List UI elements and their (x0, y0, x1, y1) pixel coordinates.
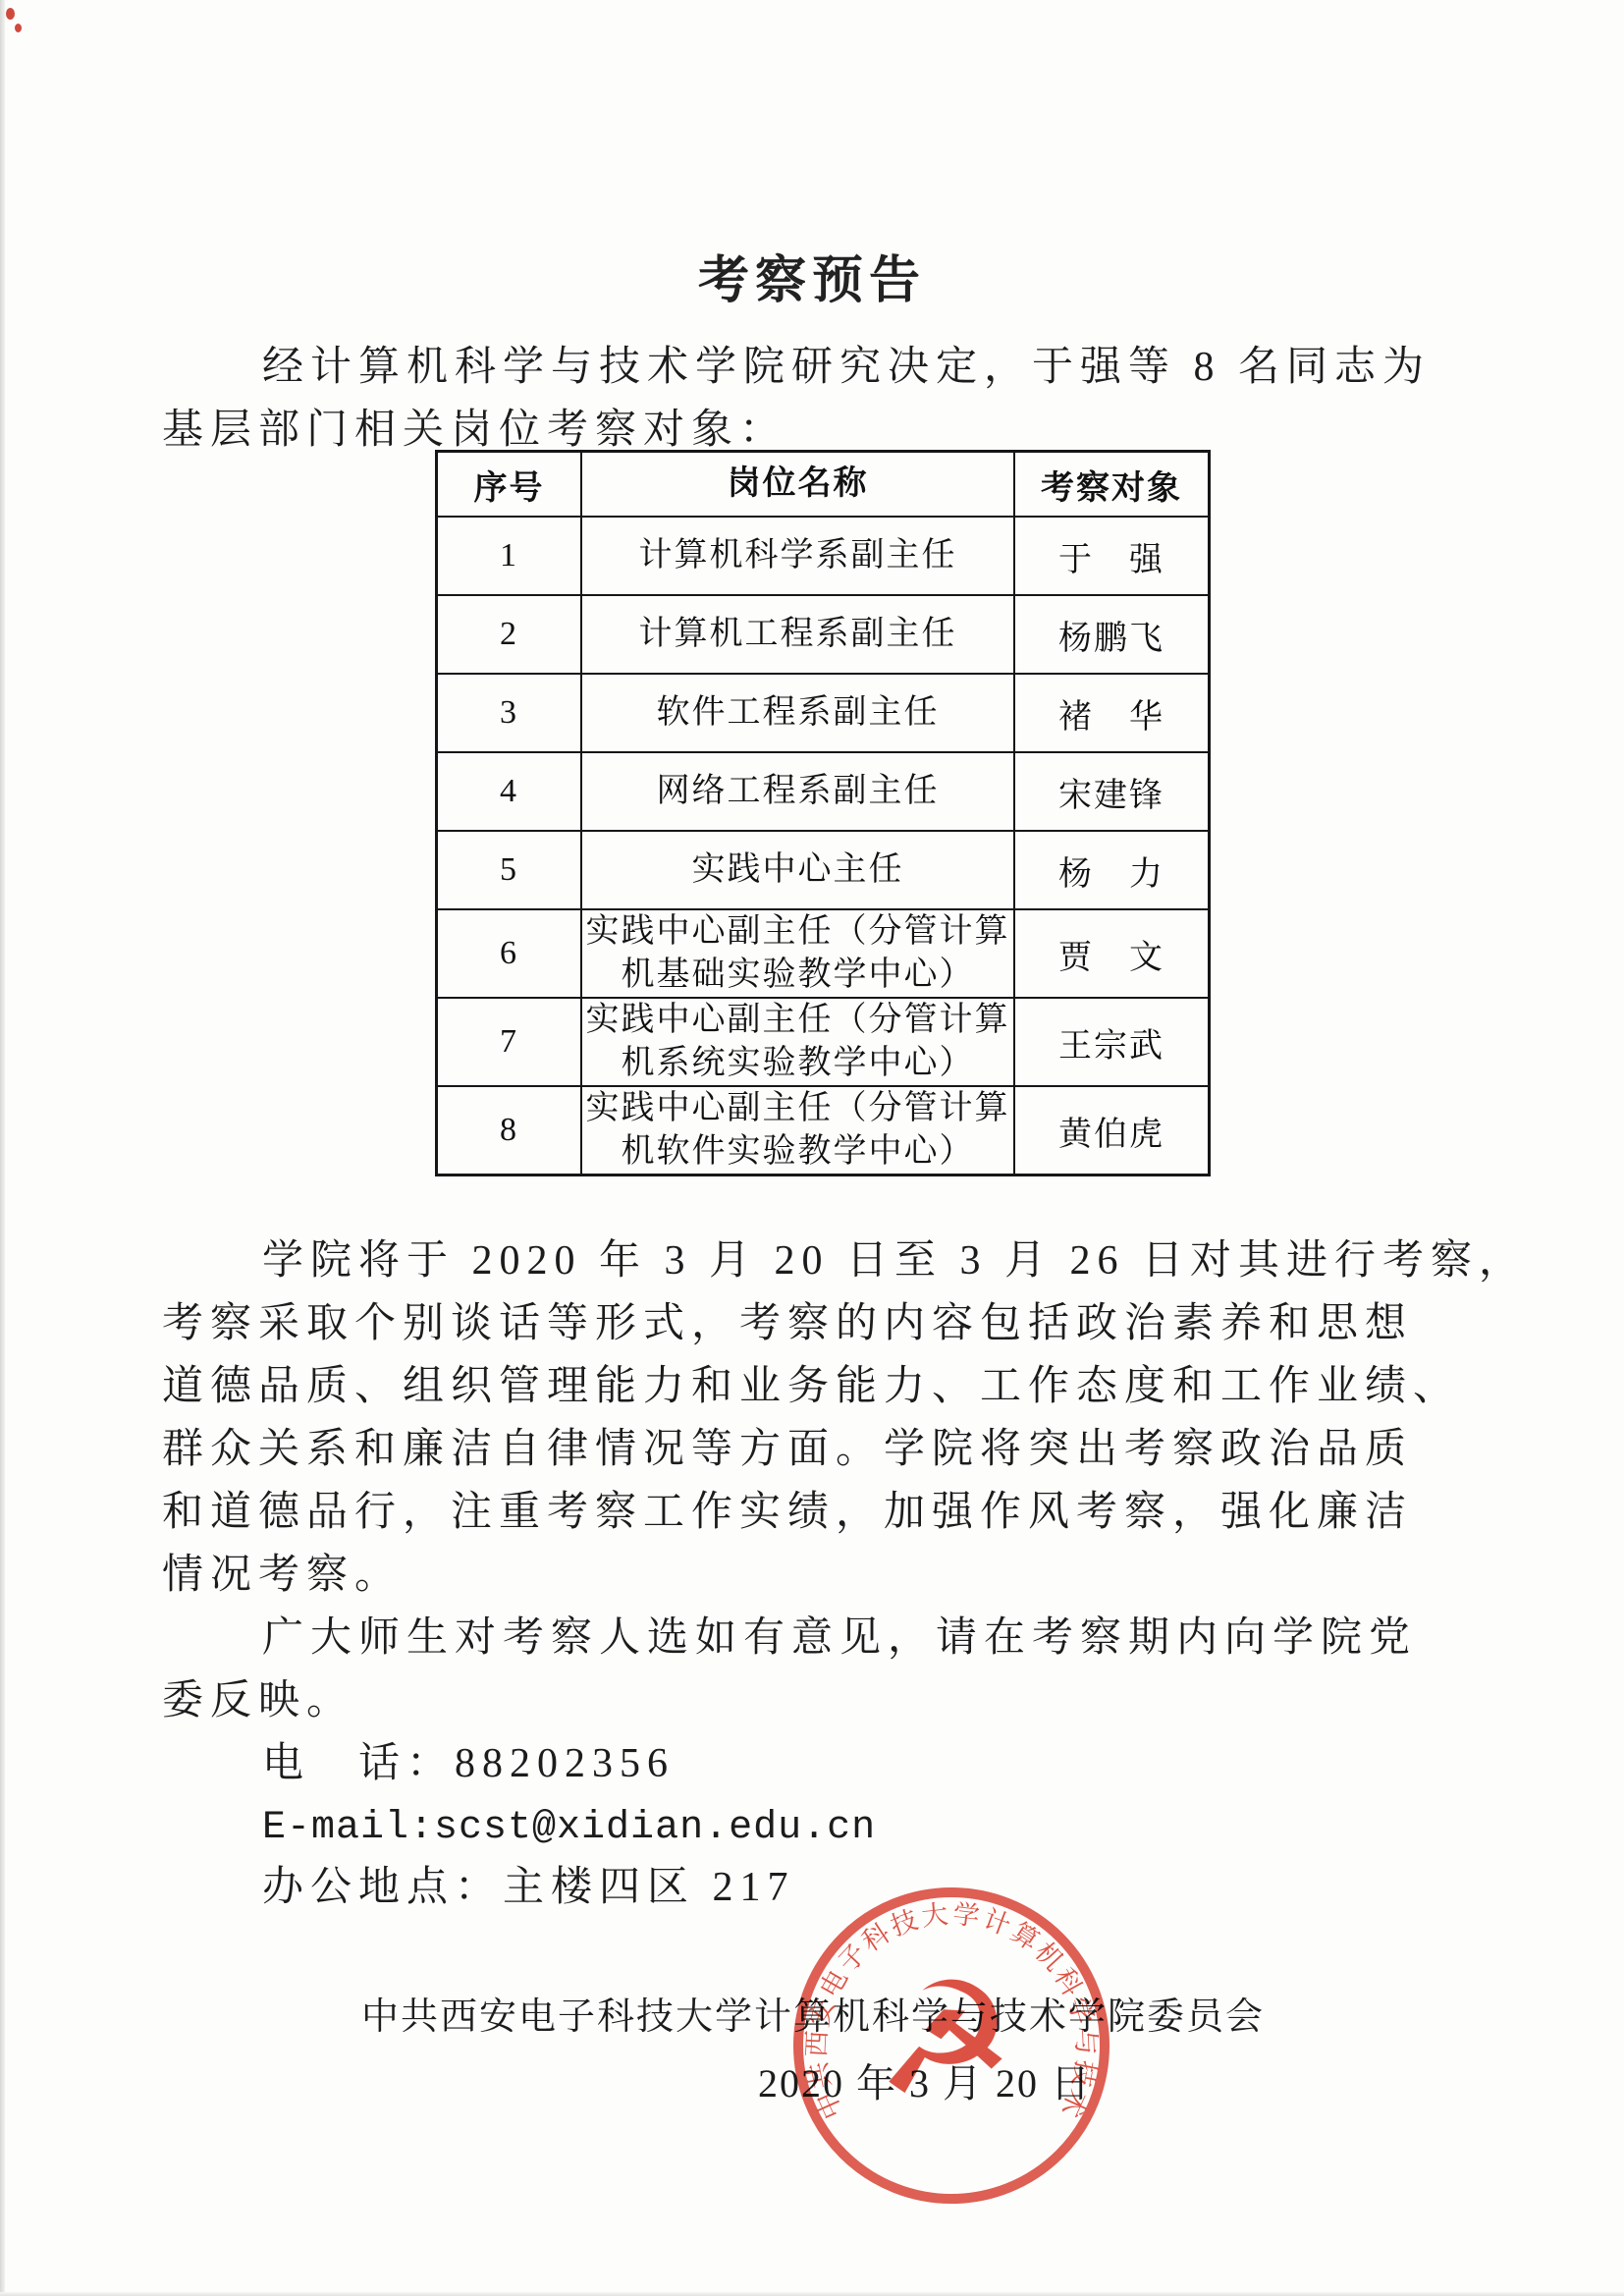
cell-candidate: 于 强 (1015, 518, 1208, 594)
table-header-row: 序号 岗位名称 考察对象 (438, 453, 1208, 516)
cell-no: 8 (438, 1087, 582, 1174)
cell-position: 实践中心副主任（分管计算 机基础实验教学中心） (582, 910, 1015, 997)
table-row: 1 计算机科学系副主任 于 强 (438, 516, 1208, 594)
cell-candidate: 宋建锋 (1015, 753, 1208, 830)
cell-candidate: 王宗武 (1015, 999, 1208, 1085)
body-line: 考察采取个别谈话等形式，考察的内容包括政治素养和思想 (162, 1295, 1478, 1352)
cell-no: 6 (438, 910, 582, 997)
cell-no: 4 (438, 753, 582, 830)
contact-email: E-mail:scst@xidian.edu.cn (162, 1800, 1478, 1857)
body-line: 委反映。 (162, 1672, 1478, 1729)
cell-no: 7 (438, 999, 582, 1085)
cell-position: 网络工程系副主任 (582, 753, 1015, 830)
cell-no: 1 (438, 518, 582, 594)
cell-candidate: 黄伯虎 (1015, 1087, 1208, 1174)
table-row: 7 实践中心副主任（分管计算 机系统实验教学中心） 王宗武 (438, 997, 1208, 1085)
scan-red-speck (15, 24, 22, 32)
cell-position: 计算机工程系副主任 (582, 596, 1015, 673)
cell-candidate: 杨 力 (1015, 832, 1208, 908)
cell-no: 5 (438, 832, 582, 908)
body-line: 学院将于 2020 年 3 月 20 日至 3 月 26 日对其进行考察， (162, 1232, 1478, 1289)
body-line: 道德品质、组织管理能力和业务能力、工作态度和工作业绩、 (162, 1358, 1478, 1415)
body-line: 情况考察。 (162, 1547, 1478, 1604)
header-cell-position: 岗位名称 (582, 453, 1015, 516)
seal-hammer-sickle-icon: ☭ (876, 1949, 1015, 2130)
cell-candidate: 褚 华 (1015, 675, 1208, 751)
table-row: 8 实践中心副主任（分管计算 机软件实验教学中心） 黄伯虎 (438, 1085, 1208, 1174)
cell-position: 实践中心主任 (582, 832, 1015, 908)
intro-line: 经计算机科学与技术学院研究决定，于强等 8 名同志为 (162, 339, 1478, 396)
inspection-table: 序号 岗位名称 考察对象 1 计算机科学系副主任 于 强 2 计算机工程系副主任… (435, 450, 1211, 1176)
cell-candidate: 杨鹏飞 (1015, 596, 1208, 673)
table-row: 5 实践中心主任 杨 力 (438, 830, 1208, 908)
scan-edge-left (0, 0, 5, 2296)
table-row: 4 网络工程系副主任 宋建锋 (438, 751, 1208, 830)
header-cell-candidate: 考察对象 (1015, 453, 1208, 516)
table-row: 6 实践中心副主任（分管计算 机基础实验教学中心） 贾 文 (438, 908, 1208, 997)
body-line: 群众关系和廉洁自律情况等方面。学院将突出考察政治品质 (162, 1421, 1478, 1478)
body-line: 广大师生对考察人选如有意见，请在考察期内向学院党 (162, 1610, 1478, 1667)
contact-phone: 电 话：88202356 (162, 1735, 1478, 1792)
cell-position: 软件工程系副主任 (582, 675, 1015, 751)
table-row: 3 软件工程系副主任 褚 华 (438, 673, 1208, 751)
scan-red-speck (6, 8, 15, 20)
cell-no: 2 (438, 596, 582, 673)
body-line: 和道德品行，注重考察工作实绩，加强作风考察，强化廉洁 (162, 1484, 1478, 1541)
header-cell-no: 序号 (438, 453, 582, 516)
cell-candidate: 贾 文 (1015, 910, 1208, 997)
page-title: 考察预告 (0, 239, 1624, 312)
table-row: 2 计算机工程系副主任 杨鹏飞 (438, 594, 1208, 673)
scan-edge-bottom (0, 2292, 1624, 2296)
cell-no: 3 (438, 675, 582, 751)
cell-position: 实践中心副主任（分管计算 机软件实验教学中心） (582, 1087, 1015, 1174)
cell-position: 计算机科学系副主任 (582, 518, 1015, 594)
official-seal: ☭ 中共西安电子科技大学计算机科学与技术学院委员会 (788, 1882, 1114, 2210)
document-page: 考察预告 经计算机科学与技术学院研究决定，于强等 8 名同志为 基层部门相关岗位… (0, 0, 1624, 2296)
cell-position: 实践中心副主任（分管计算 机系统实验教学中心） (582, 999, 1015, 1085)
